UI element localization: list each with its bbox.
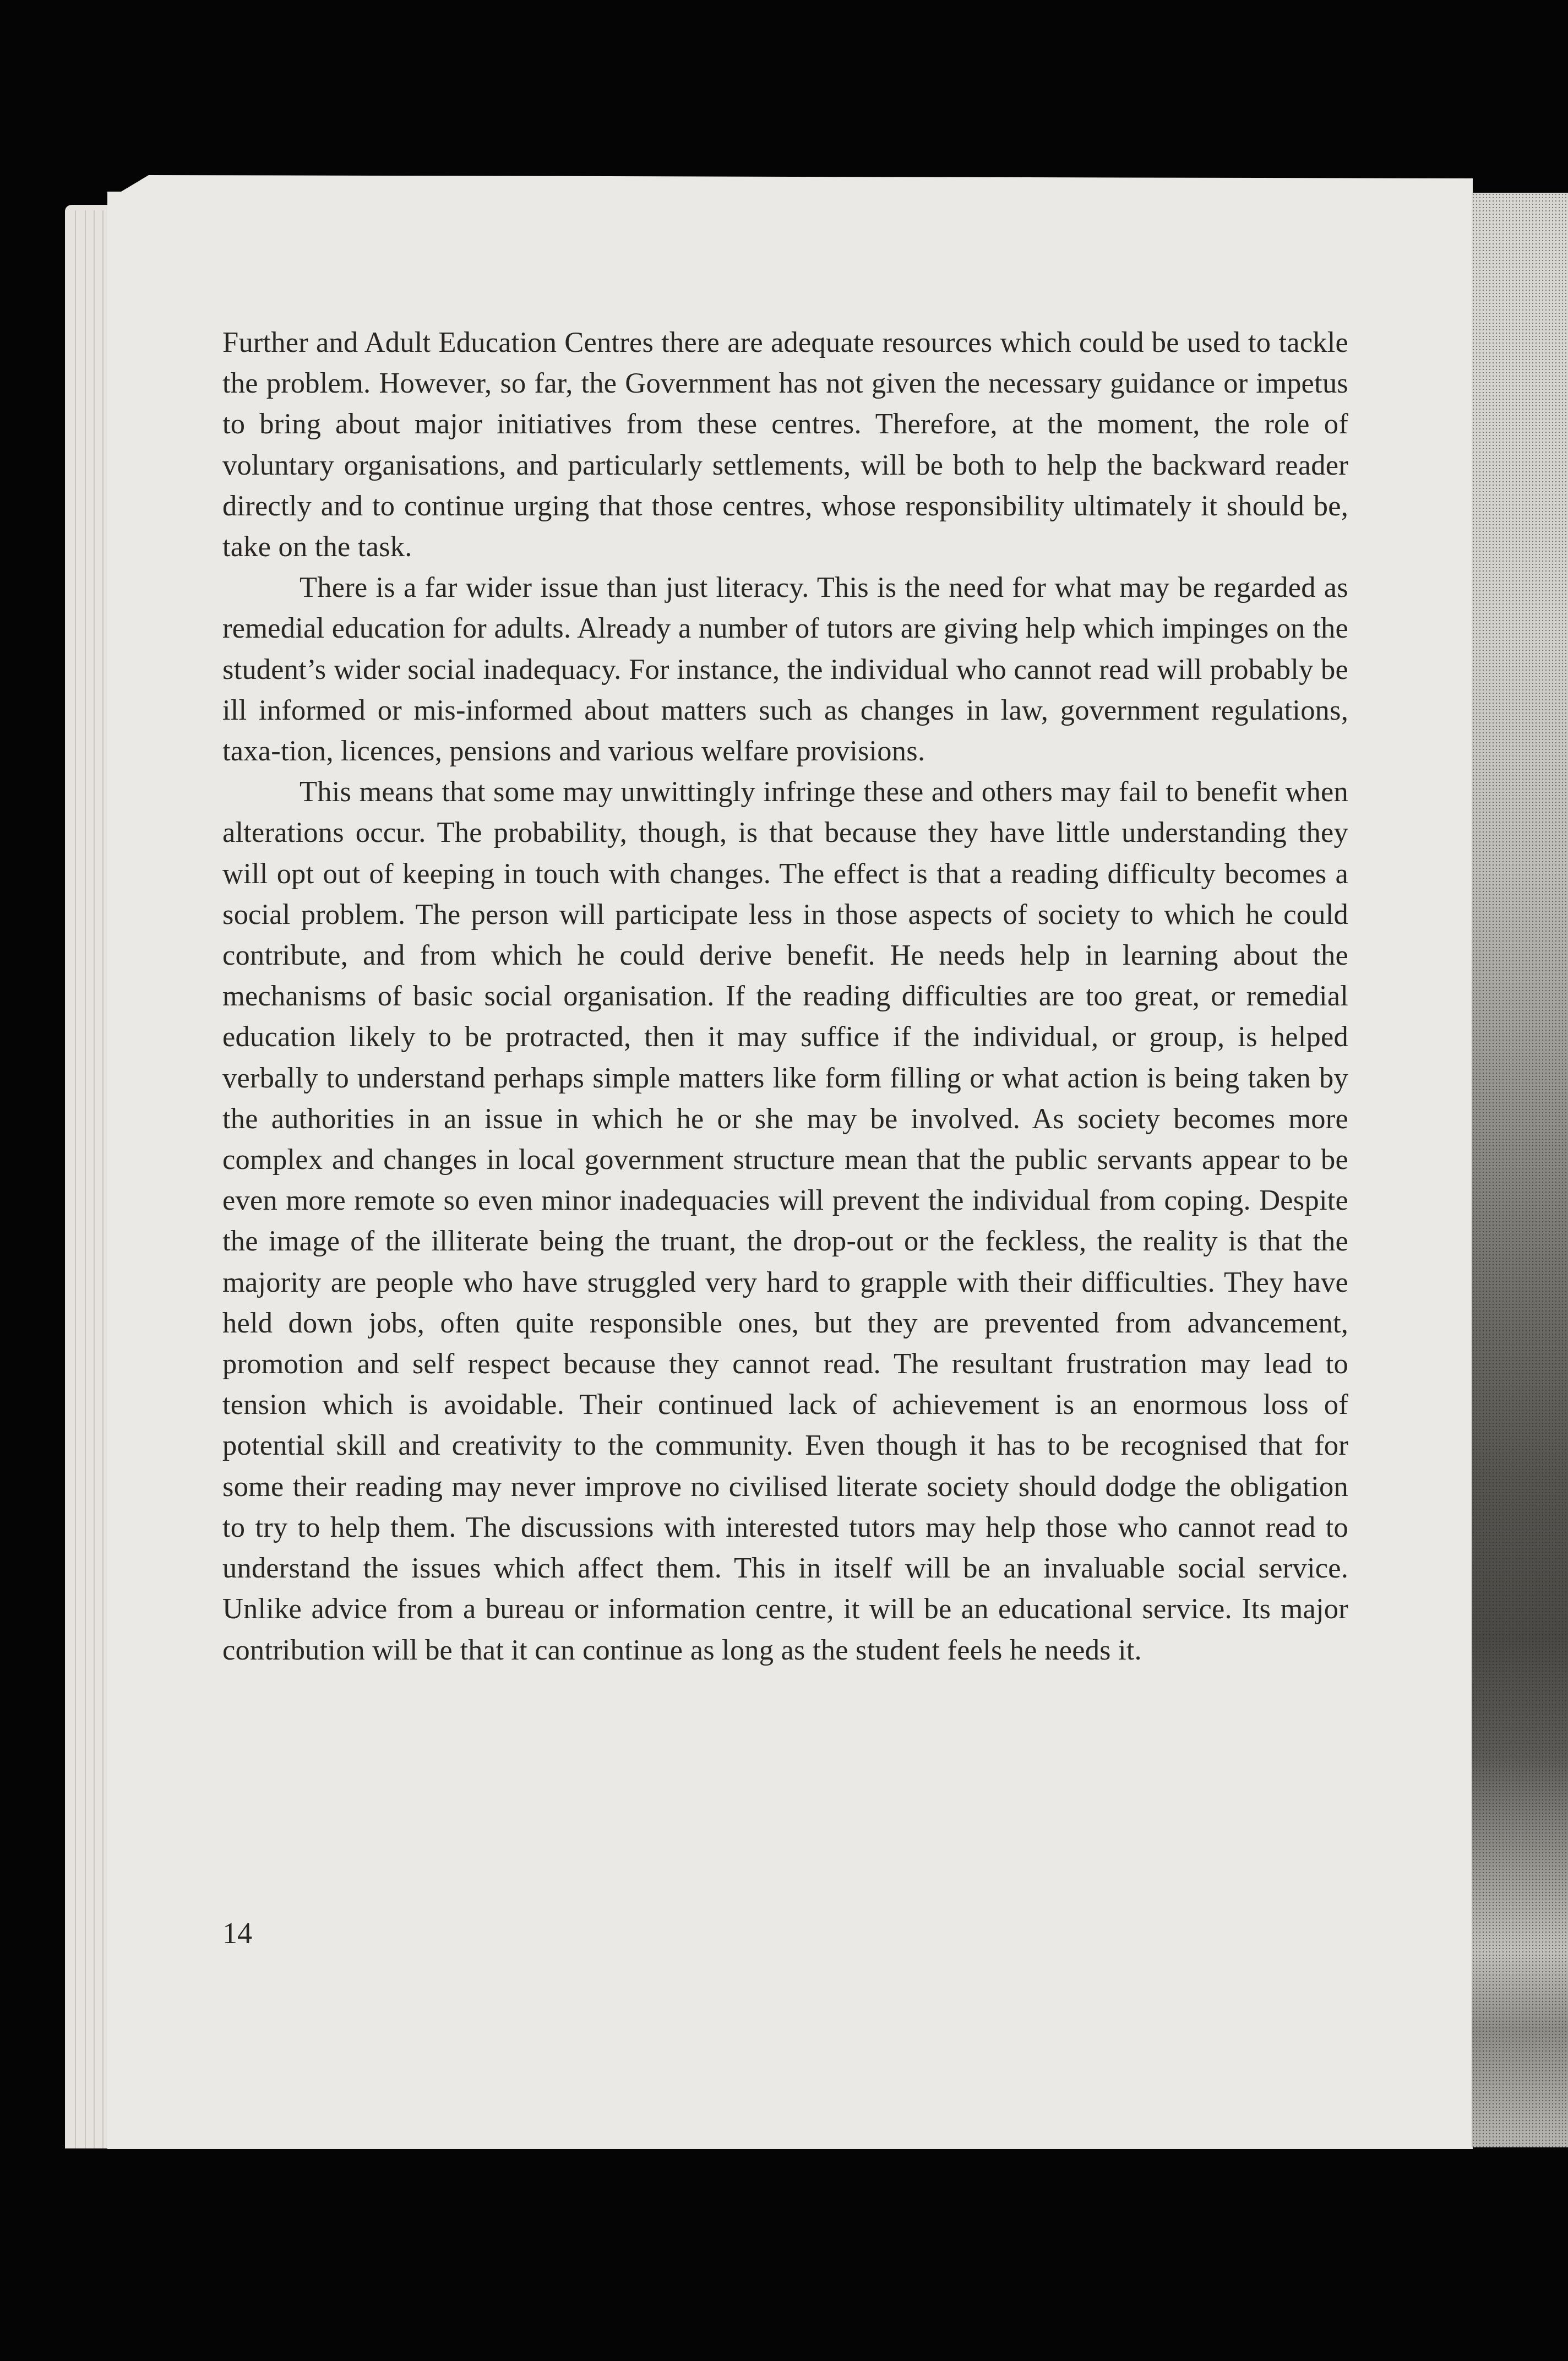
paragraph-3: This means that some may unwittingly inf…	[222, 771, 1348, 1670]
halftone-photo-facing-page	[1472, 193, 1568, 2147]
page-edge-line	[85, 210, 86, 2148]
body-text: Further and Adult Education Centres ther…	[222, 322, 1348, 1671]
page-stack-edges	[65, 205, 115, 2148]
paragraph-1: Further and Adult Education Centres ther…	[222, 322, 1348, 567]
paragraph-2: There is a far wider issue than just lit…	[222, 567, 1348, 771]
page-number: 14	[222, 1916, 252, 1950]
page-edge-line	[94, 210, 95, 2148]
page-edge-line	[75, 210, 76, 2148]
page-edge-line	[102, 210, 104, 2148]
